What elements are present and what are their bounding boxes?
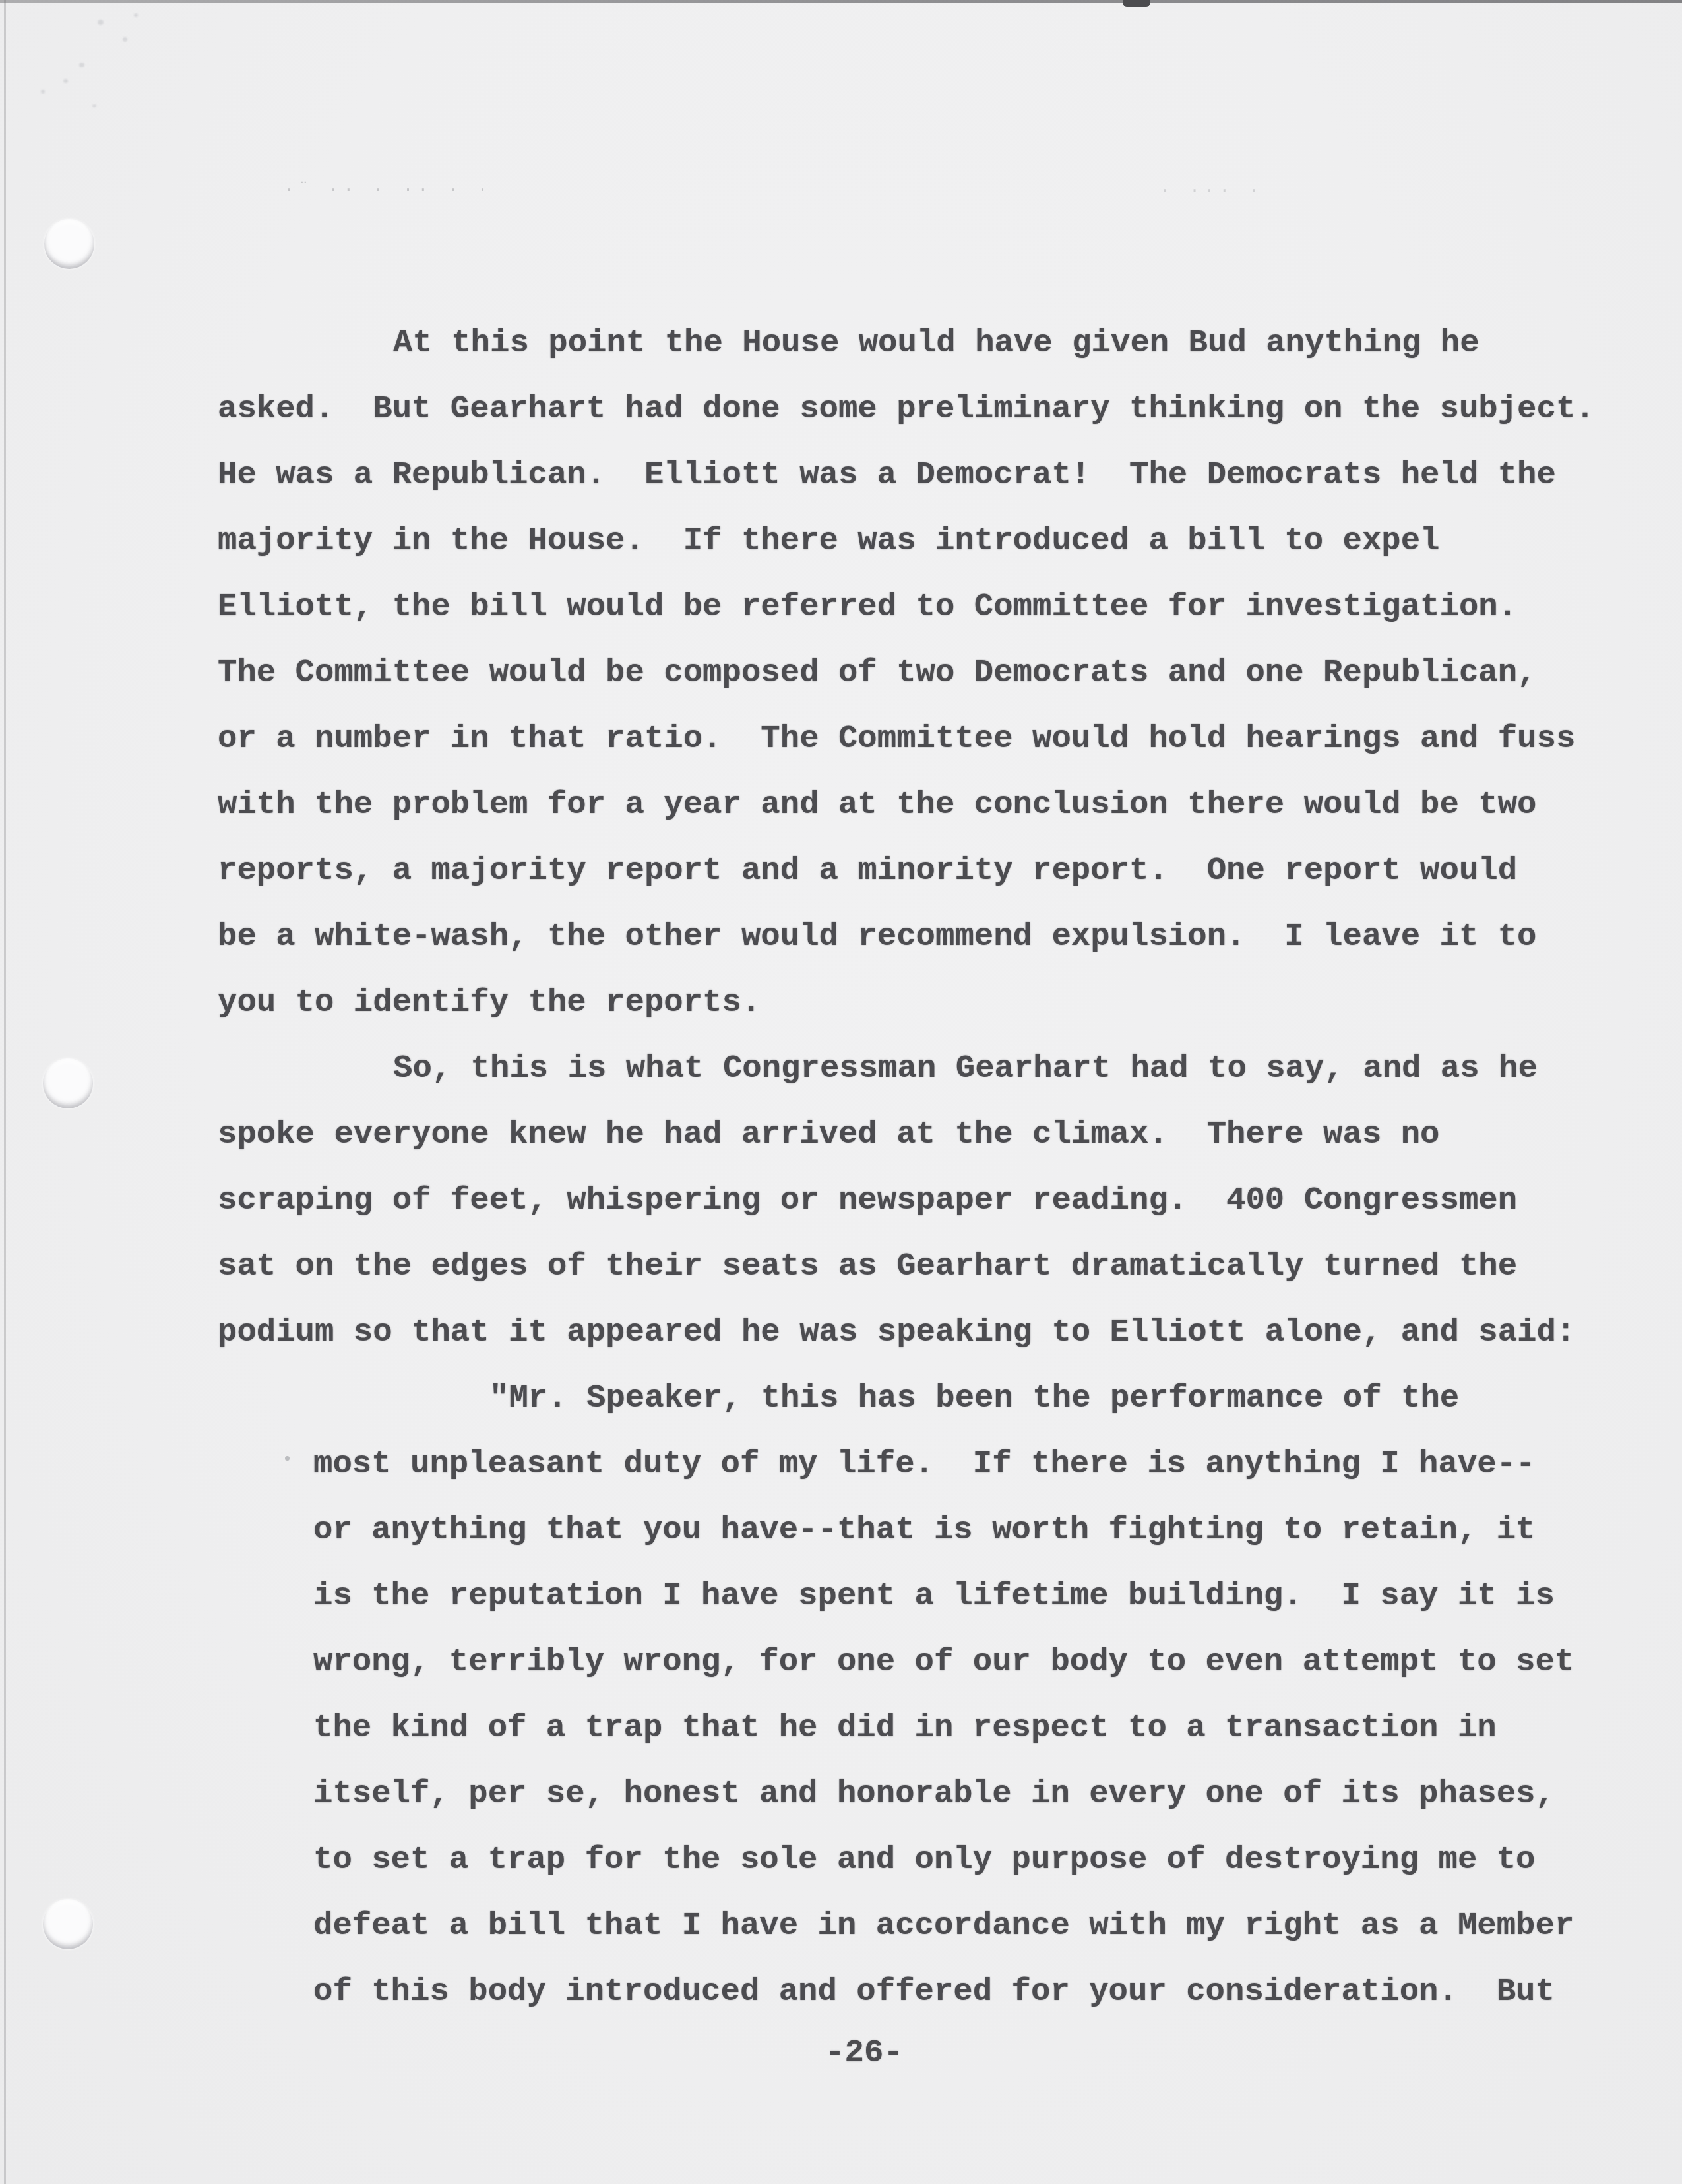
typed-line: to set a trap for the sole and only purp… — [218, 1827, 1623, 1893]
typed-line: wrong, terribly wrong, for one of our bo… — [218, 1629, 1623, 1695]
typed-line: At this point the House would have given… — [218, 310, 1623, 376]
typed-line: with the problem for a year and at the c… — [218, 772, 1623, 837]
typed-line: reports, a majority report and a minorit… — [218, 837, 1623, 903]
typed-line: majority in the House. If there was intr… — [218, 508, 1623, 574]
ghost-type-marks-right: · ··· · — [1160, 181, 1264, 200]
typed-line: is the reputation I have spent a lifetim… — [218, 1563, 1623, 1629]
dust-speck — [63, 79, 68, 83]
ghost-type-marks-left: ·¨ ·· · ·· · · — [284, 179, 492, 199]
typed-line: sat on the edges of their seats as Gearh… — [218, 1233, 1623, 1299]
typed-line: He was a Republican. Elliott was a Democ… — [218, 442, 1623, 508]
dust-speck — [79, 63, 84, 67]
typed-line: The Committee would be composed of two D… — [218, 640, 1623, 706]
typed-line: be a white-wash, the other would recomme… — [218, 903, 1623, 969]
page-number: -26- — [765, 2020, 963, 2086]
dust-speck — [41, 90, 45, 94]
dust-speck — [92, 104, 96, 107]
scanned-typewritten-page: ·¨ ·· · ·· · · · ··· · At this point the… — [0, 0, 1682, 2184]
typed-line: "Mr. Speaker, this has been the performa… — [218, 1365, 1623, 1431]
hole-punch-top — [44, 219, 94, 269]
typed-line: itself, per se, honest and honorable in … — [218, 1761, 1623, 1827]
scan-top-edge — [0, 0, 1682, 3]
hole-punch-bottom — [43, 1899, 93, 1949]
scan-left-edge — [4, 0, 6, 2184]
dust-speck — [98, 20, 104, 25]
typed-line: of this body introduced and offered for … — [218, 1958, 1623, 2024]
typed-line: you to identify the reports. — [218, 969, 1623, 1035]
typed-line: scraping of feet, whispering or newspape… — [218, 1167, 1623, 1233]
typed-line: most unpleasant duty of my life. If ther… — [218, 1431, 1623, 1497]
dust-speck — [123, 37, 127, 42]
typed-line: or a number in that ratio. The Committee… — [218, 706, 1623, 772]
hole-punch-middle — [43, 1058, 93, 1108]
typed-line: or anything that you have--that is worth… — [218, 1497, 1623, 1563]
typed-line: the kind of a trap that he did in respec… — [218, 1695, 1623, 1761]
dust-speck — [134, 13, 138, 17]
typed-line: defeat a bill that I have in accordance … — [218, 1893, 1623, 1958]
typed-text-body: At this point the House would have given… — [218, 310, 1623, 2024]
typed-line: Elliott, the bill would be referred to C… — [218, 574, 1623, 640]
scan-edge-mark — [1123, 0, 1150, 7]
typed-line: podium so that it appeared he was speaki… — [218, 1299, 1623, 1365]
typed-line: So, this is what Congressman Gearhart ha… — [218, 1035, 1623, 1101]
typed-line: spoke everyone knew he had arrived at th… — [218, 1101, 1623, 1167]
typed-line: asked. But Gearhart had done some prelim… — [218, 376, 1623, 442]
